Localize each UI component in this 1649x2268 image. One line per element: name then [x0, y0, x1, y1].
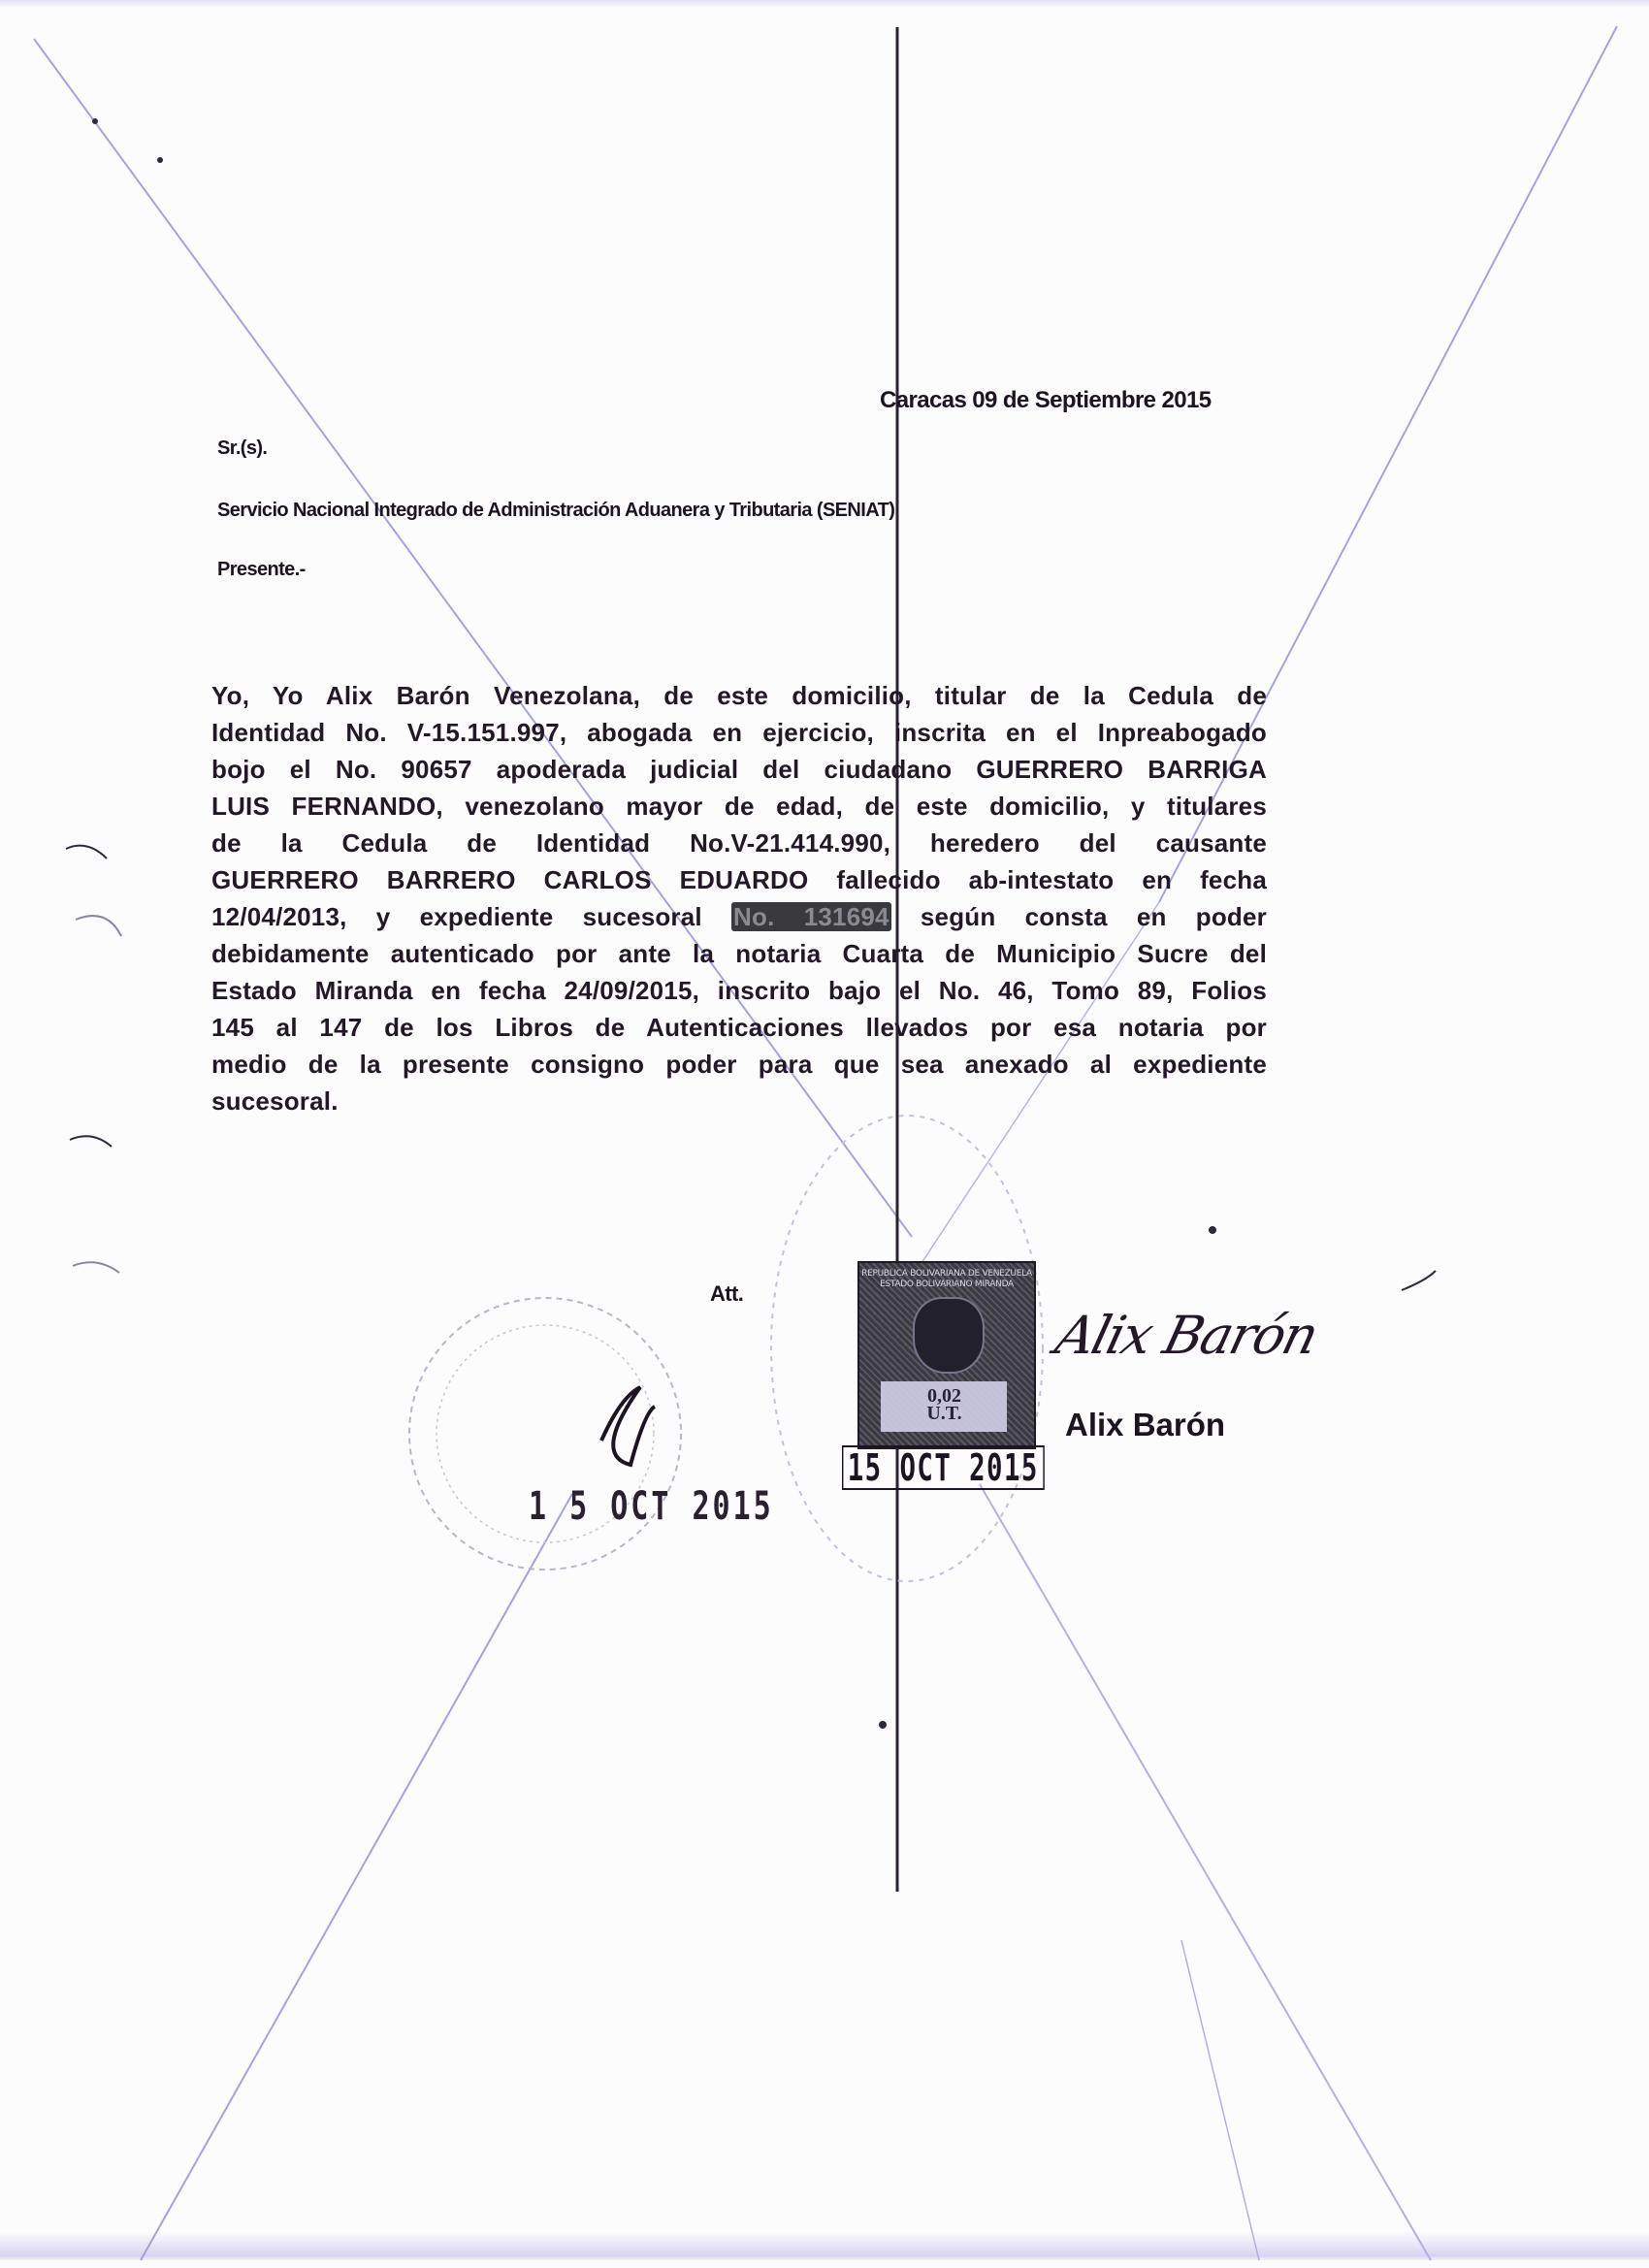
body-text: 12/04/2013, y expediente sucesoral	[211, 902, 731, 931]
tax-stamp-date: 15 OCT 2015	[842, 1445, 1045, 1490]
left-seal-date: 1 5 OCT 2015	[529, 1484, 774, 1529]
salutation: Sr.(s).	[217, 437, 267, 460]
tax-stamp-title: REPUBLICA BOLIVARIANA DE VENEZUELA ESTAD…	[859, 1269, 1034, 1290]
body-text: según consta en poder	[891, 902, 1267, 931]
body-paragraph: Yo, Yo Alix Barón Venezolana, de este do…	[211, 677, 1267, 1119]
body-line: de la Cedula de Identidad No.V-21.414.99…	[211, 825, 1267, 861]
scan-bottom-edge	[0, 2231, 1649, 2260]
presente: Presente.-	[217, 559, 306, 581]
cancellation-cross-lines	[0, 0, 1649, 2268]
body-line: Identidad No. V-15.151.997, abogada en e…	[211, 714, 1267, 751]
tax-stamp: REPUBLICA BOLIVARIANA DE VENEZUELA ESTAD…	[857, 1261, 1036, 1449]
signer-name: Alix Barón	[1065, 1407, 1225, 1443]
closing: Att.	[710, 1281, 743, 1307]
left-official-seal	[409, 1298, 681, 1570]
body-line: 145 al 147 de los Libros de Autenticacio…	[211, 1009, 1267, 1046]
tax-stamp-value: 0,02 U.T.	[898, 1387, 990, 1422]
body-line-with-redaction: 12/04/2013, y expediente sucesoral No. 1…	[211, 898, 1267, 935]
body-line: bojo el No. 90657 apoderada judicial del…	[211, 751, 1267, 788]
scan-top-edge	[0, 0, 1649, 8]
body-line: debidamente autenticado por ante la nota…	[211, 935, 1267, 972]
coat-of-arms-icon	[913, 1297, 985, 1374]
body-line: Yo, Yo Alix Barón Venezolana, de este do…	[211, 677, 1267, 714]
body-line: Estado Miranda en fecha 24/09/2015, insc…	[211, 972, 1267, 1009]
redacted-case-number: No. 131694	[731, 902, 891, 931]
body-line: GUERRERO BARRERO CARLOS EDUARDO fallecid…	[211, 861, 1267, 898]
body-line: sucesoral.	[211, 1083, 1267, 1119]
handwritten-signature: Alix Barón	[1050, 1305, 1323, 1366]
recipient-agency: Servicio Nacional Integrado de Administr…	[217, 500, 894, 522]
letter-date: Caracas 09 de Septiembre 2015	[880, 387, 1212, 414]
body-line: LUIS FERNANDO, venezolano mayor de edad,…	[211, 788, 1267, 825]
initials-mark	[601, 1387, 655, 1465]
body-line: medio de la presente consigno poder para…	[211, 1046, 1267, 1083]
